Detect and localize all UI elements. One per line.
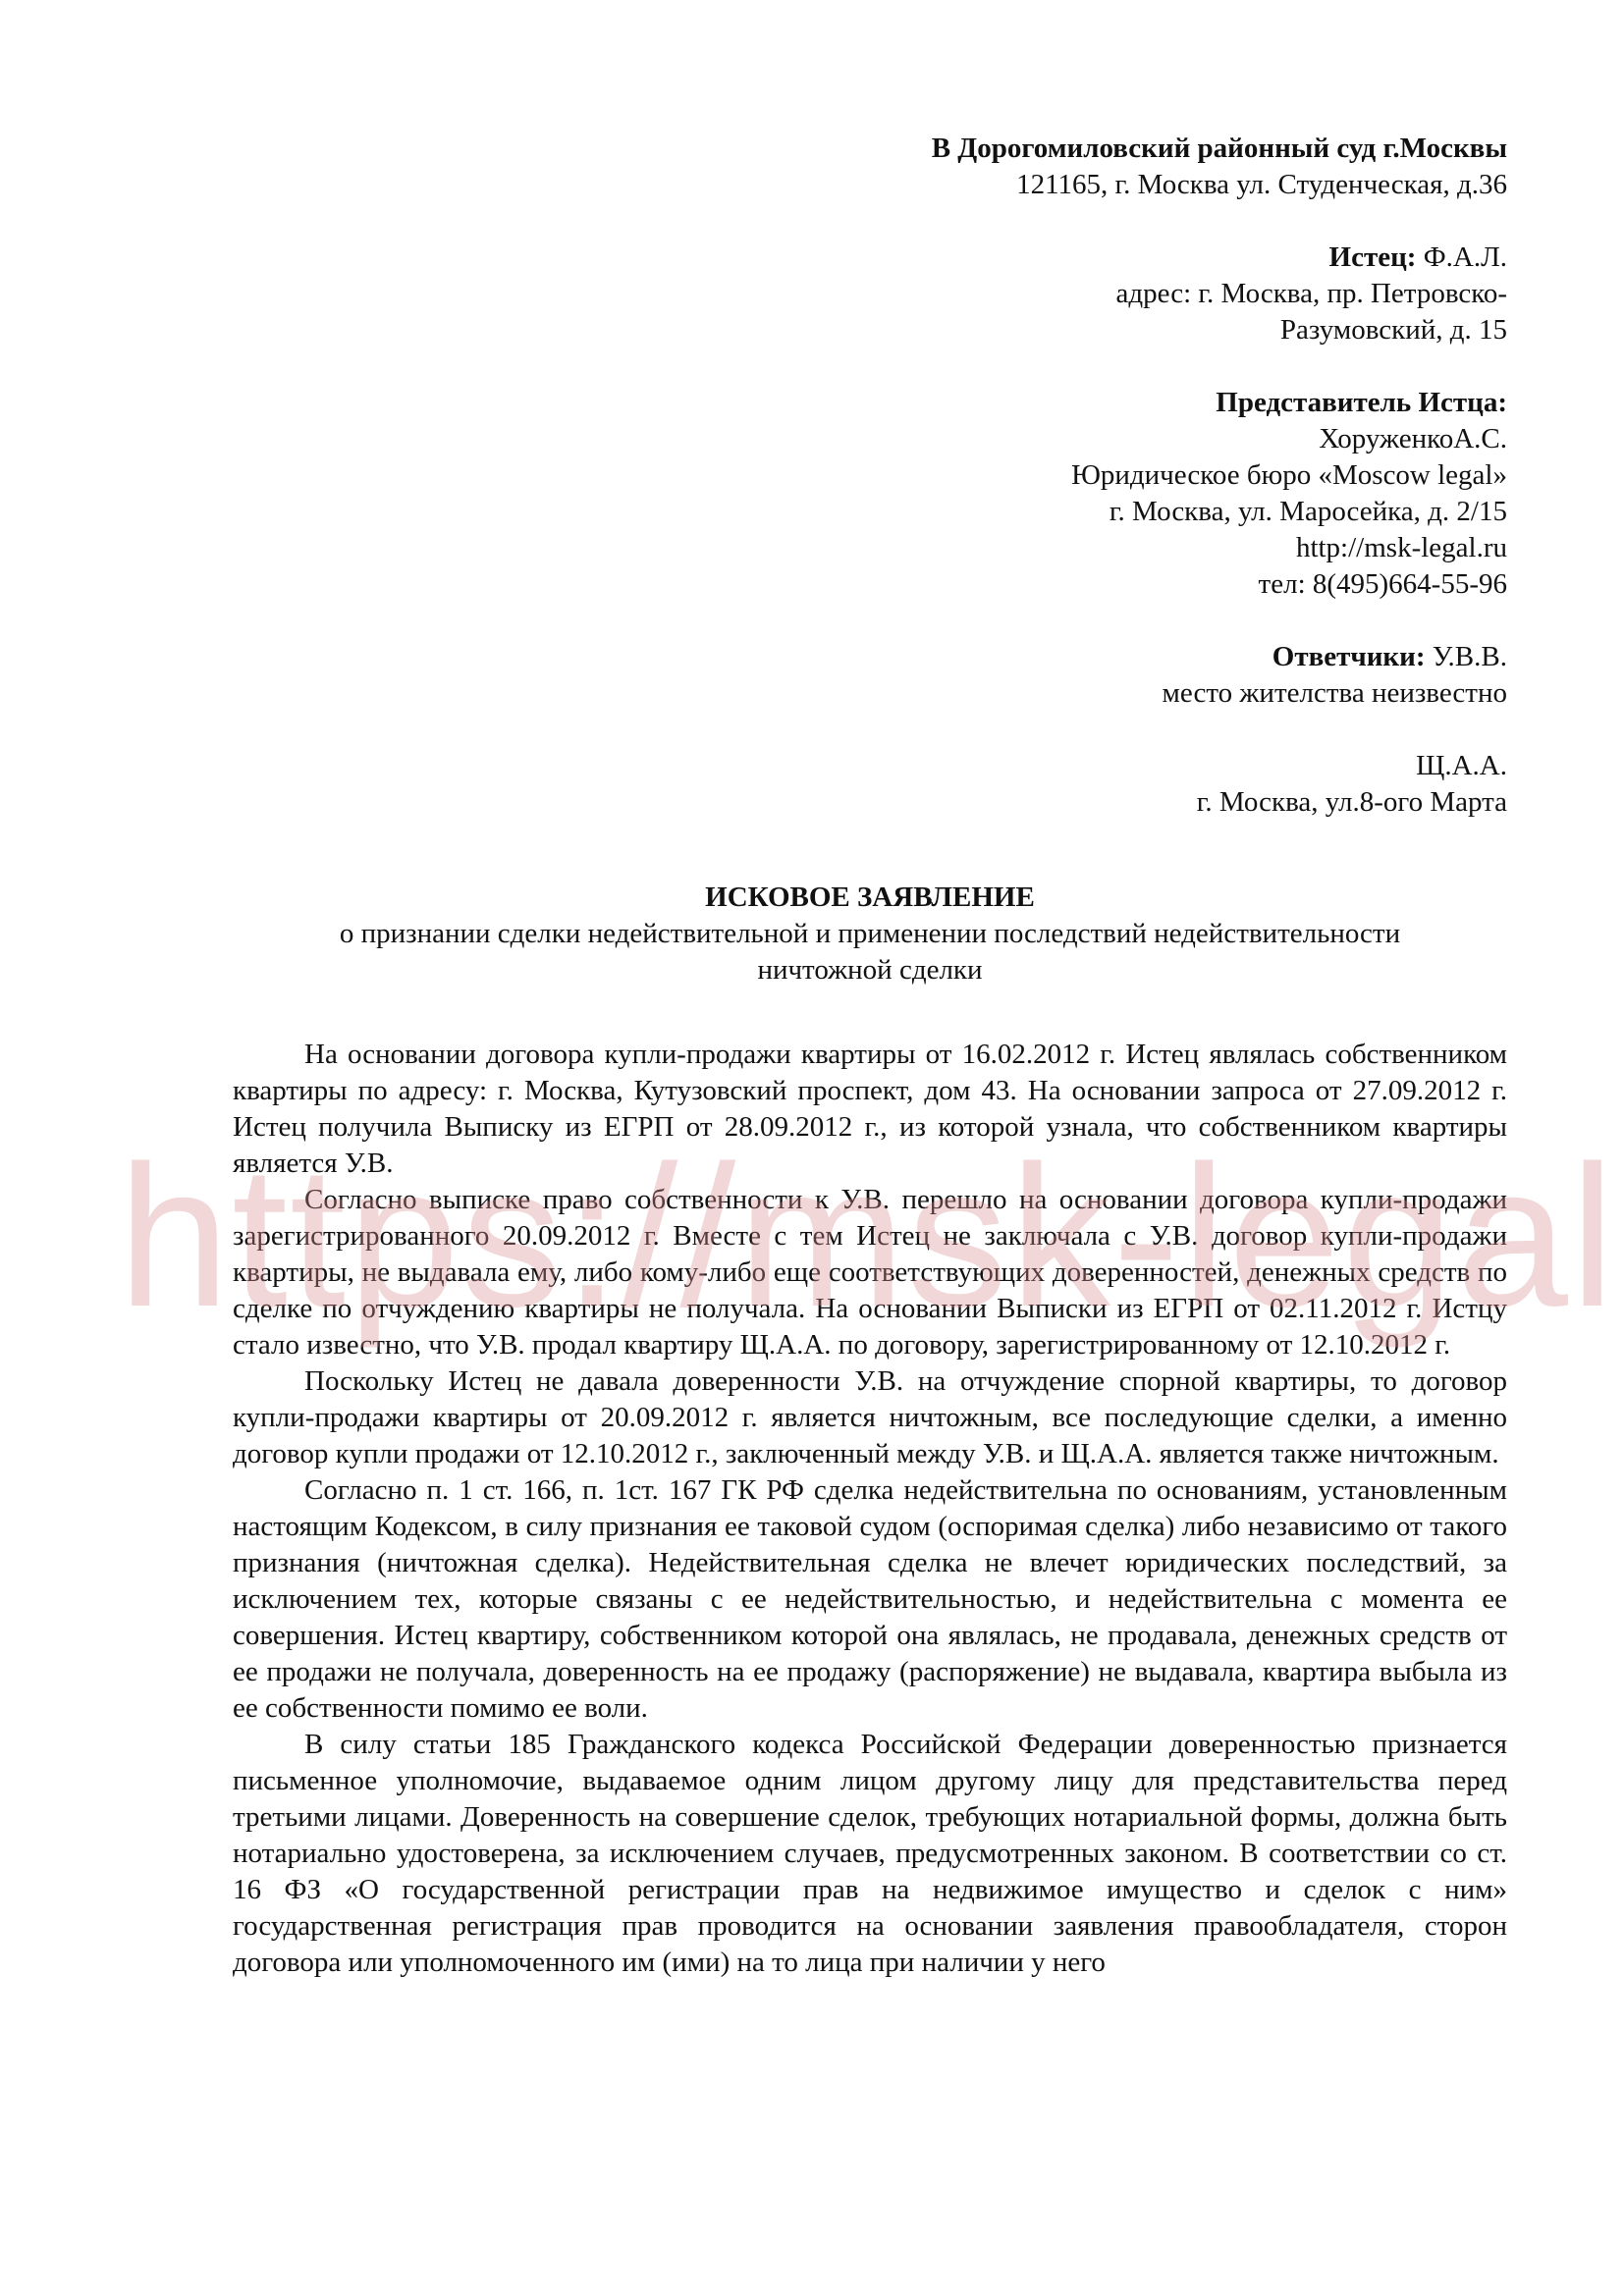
defendant-1-name: У.В.В.	[1433, 641, 1507, 672]
defendant-2-address: г. Москва, ул.8-ого Марта	[525, 784, 1507, 821]
defendants-label: Ответчики:	[1272, 641, 1426, 672]
document-subtitle-line1: о признании сделки недействительной и пр…	[233, 916, 1507, 952]
addressee-header: В Дорогомиловский районный суд г.Москвы …	[525, 131, 1507, 821]
representative-address: г. Москва, ул. Маросейка, д. 2/15	[525, 494, 1507, 530]
plaintiff-name: Ф.А.Л.	[1424, 241, 1507, 273]
defendants-block: Ответчики: У.В.В. место жителства неизве…	[525, 639, 1507, 821]
document-page: В Дорогомиловский районный суд г.Москвы …	[0, 0, 1624, 2296]
paragraph: Согласно п. 1 ст. 166, п. 1ст. 167 ГК РФ…	[233, 1472, 1507, 1727]
document-body: На основании договора купли-продажи квар…	[233, 1037, 1507, 1981]
plaintiff-label: Истец:	[1329, 241, 1417, 273]
defendant-2-name: Щ.А.А.	[525, 748, 1507, 784]
representative-name: ХоруженкоА.С.	[525, 421, 1507, 457]
representative-block: Представитель Истца: ХоруженкоА.С. Юриди…	[525, 385, 1507, 603]
representative-firm: Юридическое бюро «Moscow legal»	[525, 457, 1507, 494]
plaintiff-block: Истец: Ф.А.Л. адрес: г. Москва, пр. Петр…	[525, 240, 1507, 348]
document-title: ИСКОВОЕ ЗАЯВЛЕНИЕ	[233, 880, 1507, 916]
court-address: 121165, г. Москва ул. Студенческая, д.36	[525, 167, 1507, 203]
representative-label: Представитель Истца:	[1216, 387, 1507, 418]
court-block: В Дорогомиловский районный суд г.Москвы …	[525, 131, 1507, 203]
paragraph: Согласно выписке право собственности к У…	[233, 1182, 1507, 1363]
plaintiff-address-line2: Разумовский, д. 15	[525, 312, 1507, 348]
document-title-block: ИСКОВОЕ ЗАЯВЛЕНИЕ о признании сделки нед…	[233, 880, 1507, 988]
document-subtitle-line2: ничтожной сделки	[233, 952, 1507, 988]
defendant-1-address: место жителства неизвестно	[525, 675, 1507, 712]
representative-phone: тел: 8(495)664-55-96	[525, 566, 1507, 603]
paragraph: На основании договора купли-продажи квар…	[233, 1037, 1507, 1182]
paragraph: В силу статьи 185 Гражданского кодекса Р…	[233, 1727, 1507, 1981]
plaintiff-address-line1: адрес: г. Москва, пр. Петровско-	[525, 276, 1507, 312]
court-name: В Дорогомиловский районный суд г.Москвы	[932, 133, 1507, 164]
representative-website: http://msk-legal.ru	[525, 530, 1507, 566]
paragraph: Поскольку Истец не давала доверенности У…	[233, 1363, 1507, 1472]
